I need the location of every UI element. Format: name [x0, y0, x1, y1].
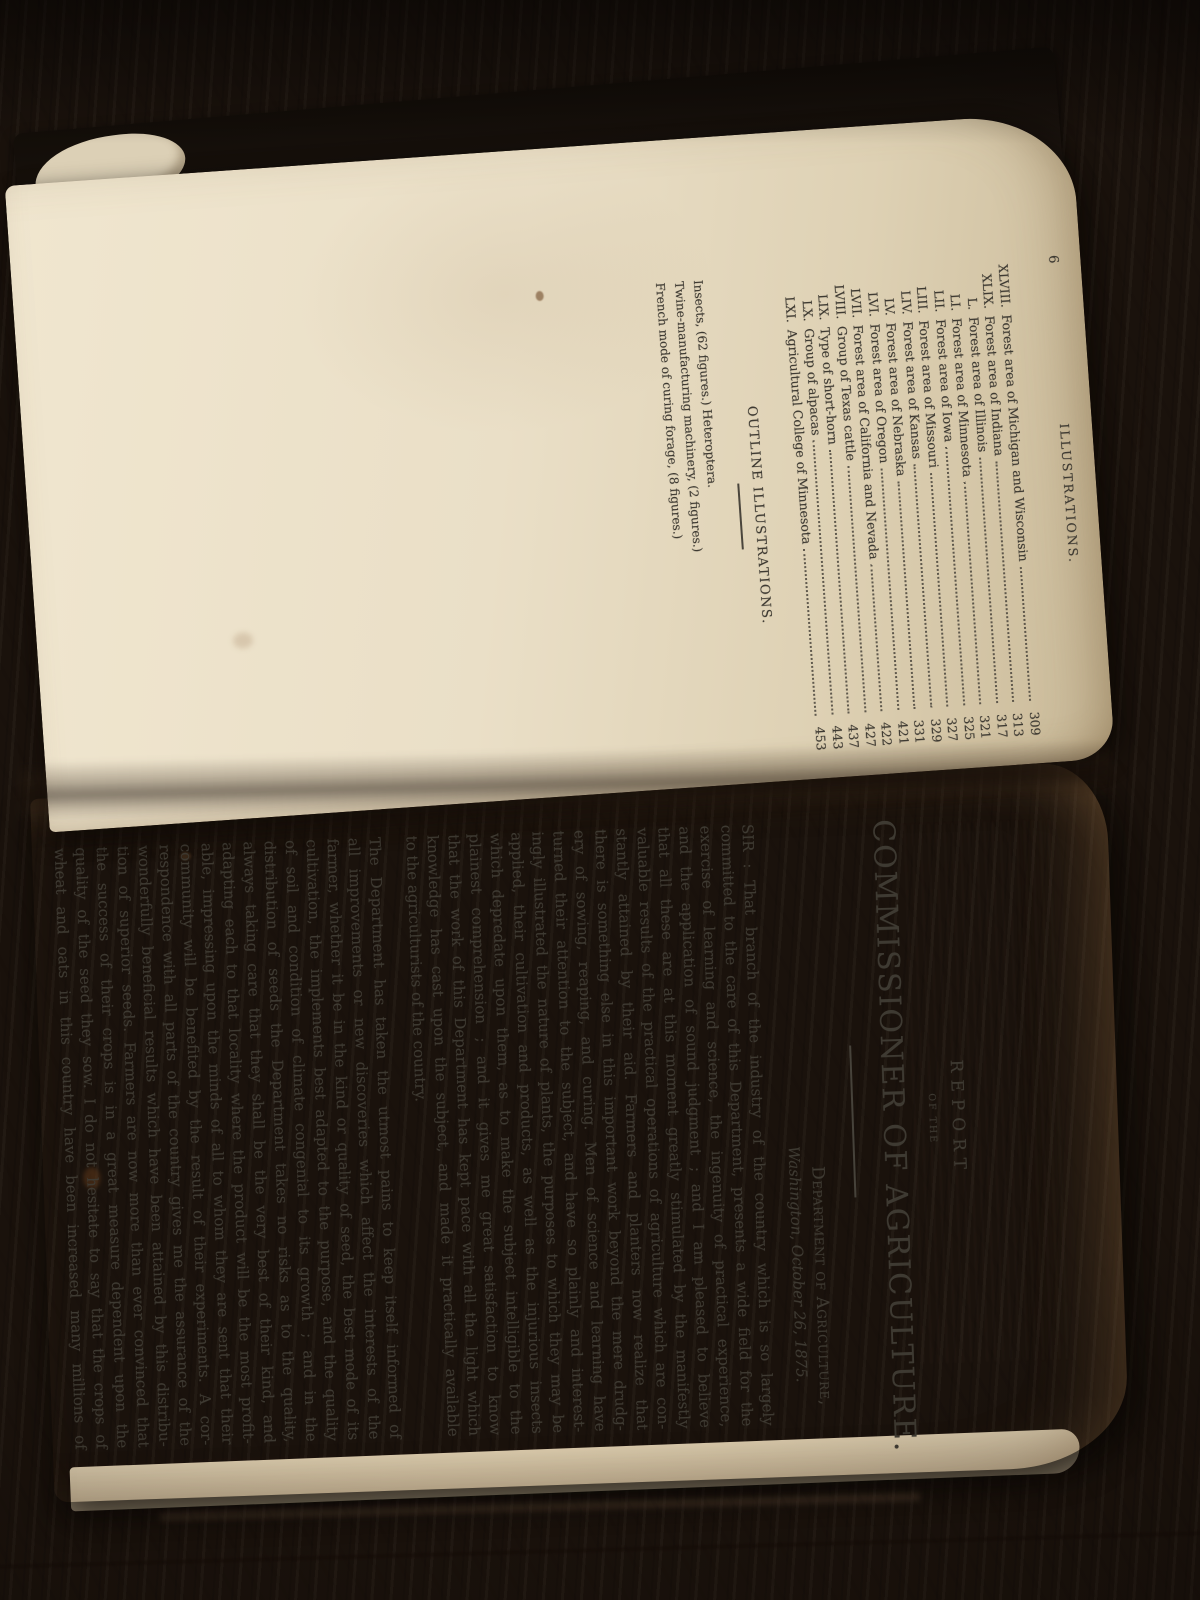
wood-plank-seam	[0, 1531, 1200, 1569]
entry-page-number: 331	[910, 713, 929, 744]
entry-page-number: 327	[943, 711, 962, 742]
illustrations-page: 6 ILLUSTRATIONS. XLVIII. Forest area of …	[5, 112, 1116, 833]
entry-page-number: 321	[976, 708, 995, 739]
commissioner-title: COMMISSIONER OF AGRICULTURE.	[865, 819, 921, 1422]
illustrations-page-content: 6 ILLUSTRATIONS. XLVIII. Forest area of …	[5, 112, 1116, 833]
entry-page-number: 325	[959, 710, 978, 741]
outline-illustrations-heading: OUTLINE ILLUSTRATIONS.	[735, 276, 783, 754]
section-rule	[737, 484, 744, 550]
body-paragraph-2: The Department has taken the utmost pain…	[49, 837, 406, 1450]
entry-page-number: 317	[992, 707, 1011, 738]
entry-page-number: 453	[811, 720, 830, 751]
entry-page-number: 422	[877, 715, 896, 746]
entry-page-number: 421	[893, 714, 912, 745]
dot-leader	[803, 549, 817, 716]
entry-page-number: 309	[1025, 705, 1044, 736]
entry-page-number: 443	[827, 719, 846, 750]
title-rule	[849, 1045, 856, 1197]
page-number: 6	[1045, 255, 1061, 264]
photo-scene: 6 ILLUSTRATIONS. XLVIII. Forest area of …	[0, 0, 1200, 1600]
entry-page-number: 313	[1009, 706, 1028, 737]
entry-page-number: 427	[860, 716, 879, 747]
wood-plank-seam	[1138, 0, 1166, 450]
outline-illustrations-list: Insects, (62 figures.) Heteroptera. Twin…	[650, 279, 740, 760]
entry-page-number: 437	[844, 718, 863, 749]
illustrations-list: XLVIII. Forest area of Michigan and Wisc…	[780, 258, 1044, 751]
entry-page-number: 329	[926, 712, 945, 743]
body-paragraph-1: SIR : That branch of the industry of the…	[401, 824, 779, 1438]
report-page-content: REPORT OF THE COMMISSIONER OF AGRICULTUR…	[30, 761, 1130, 1502]
report-page: REPORT OF THE COMMISSIONER OF AGRICULTUR…	[30, 761, 1130, 1502]
